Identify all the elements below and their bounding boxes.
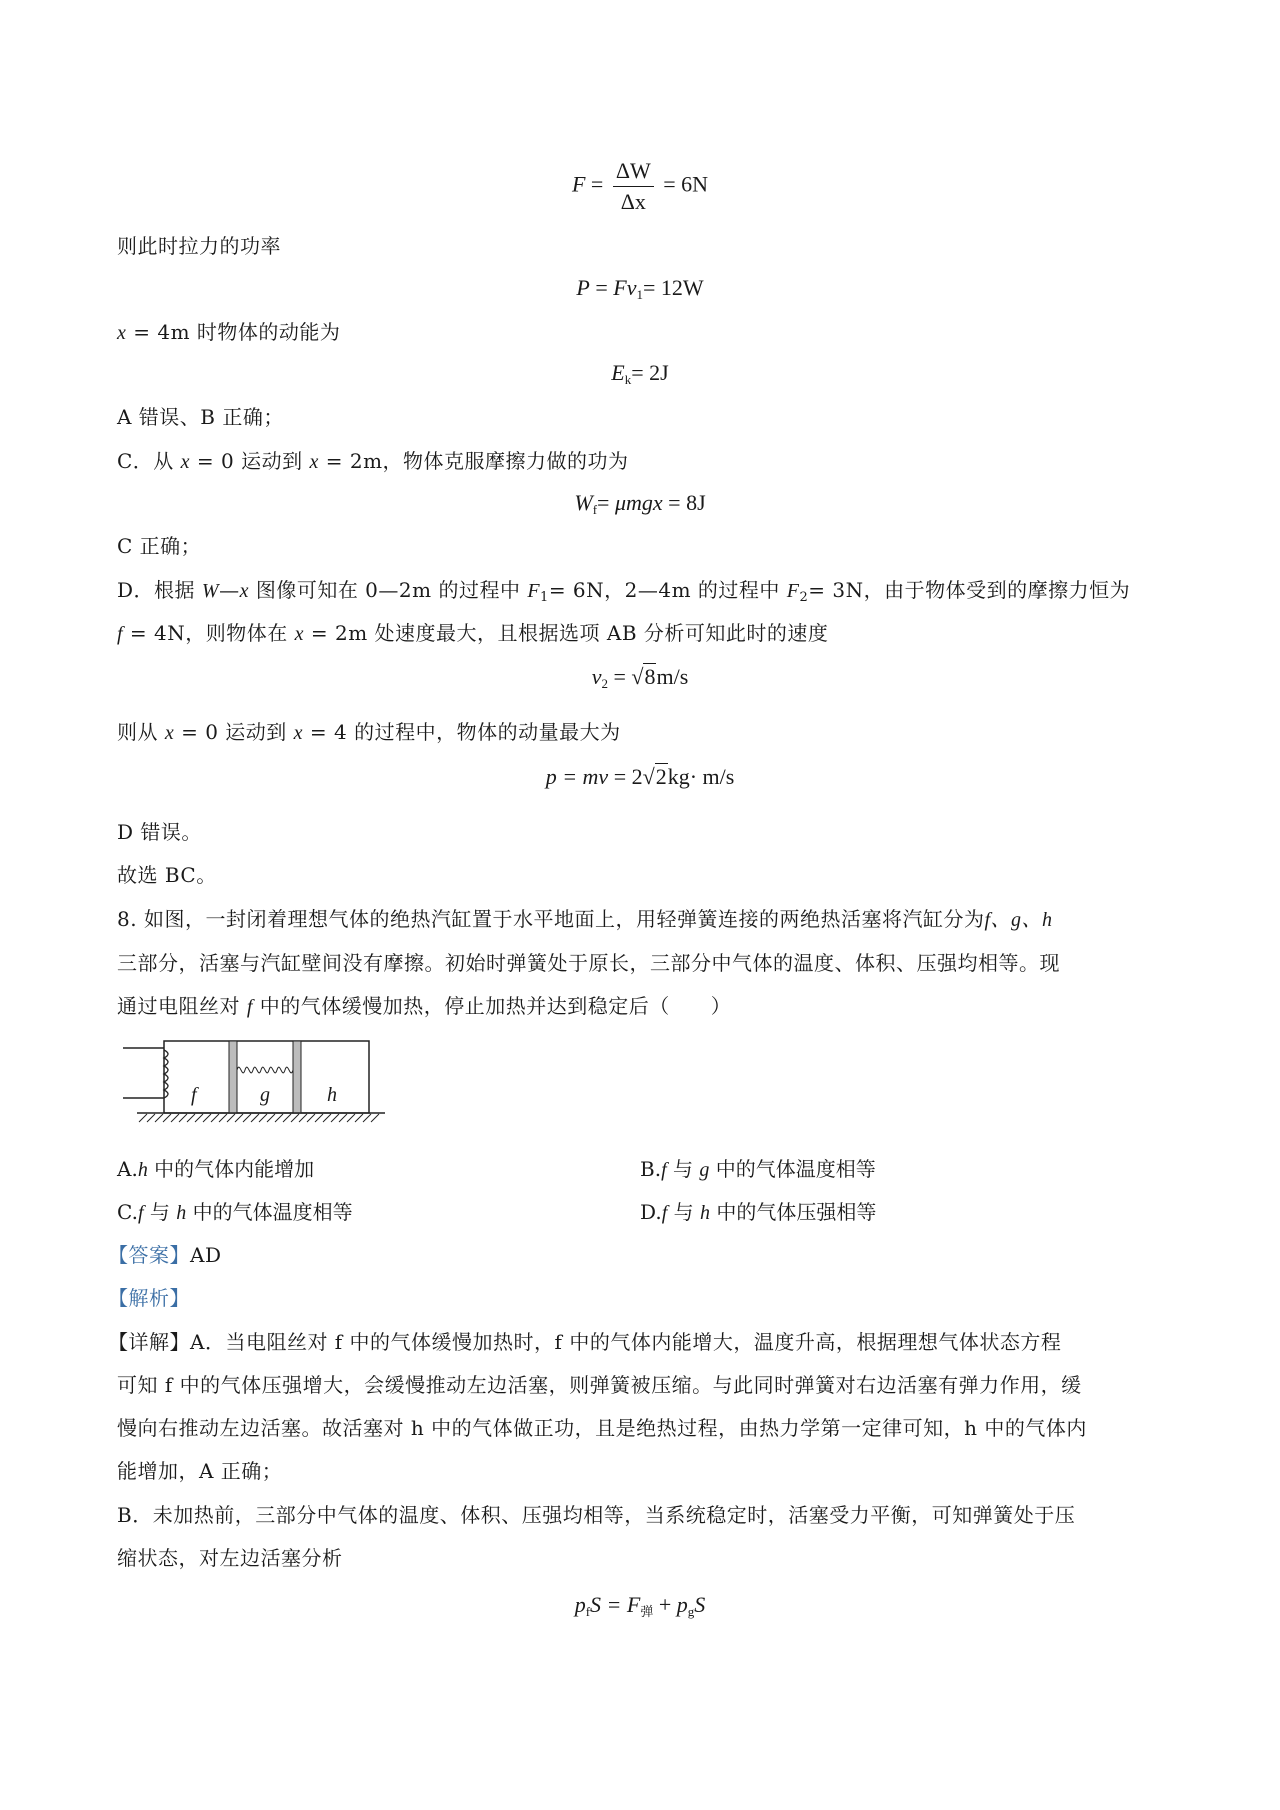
detail-line-6: 缩状态，对左边活塞分析 <box>117 1544 343 1572</box>
equation-force: F = ΔW Δx = 6N <box>0 158 1280 215</box>
analysis-tag: 【解析】 <box>108 1286 190 1310</box>
option-a: A.h 中的气体内能增加 <box>117 1155 314 1184</box>
question-8-line1: 8. 如图，一封闭着理想气体的绝热汽缸置于水平地面上，用轻弹簧连接的两绝热活塞将… <box>117 905 1053 934</box>
label-f: f <box>191 1084 197 1107</box>
question-8-line2: 三部分，活塞与汽缸壁间没有摩擦。初始时弹簧处于原长，三部分中气体的温度、体积、压… <box>117 949 1060 977</box>
detail-line-5: B．未加热前，三部分中气体的温度、体积、压强均相等，当系统稳定时，活塞受力平衡，… <box>117 1501 1075 1529</box>
question-8-line3: 通过电阻丝对 f 中的气体缓慢加热，停止加热并达到稳定后（ ） <box>117 992 731 1021</box>
option-b: B.f 与 g 中的气体温度相等 <box>640 1155 876 1184</box>
analysis-tag-line: 【解析】 <box>108 1284 190 1312</box>
answer-tag: 【答案】 <box>108 1243 190 1267</box>
equation-velocity: v2 = √8m/s <box>0 664 1280 692</box>
equation-power: P = Fv1= 12W <box>0 275 1280 303</box>
equation-kinetic-energy: Ek= 2J <box>0 360 1280 388</box>
label-g: g <box>260 1084 270 1107</box>
fraction: ΔW Δx <box>613 158 654 215</box>
cylinder-diagram-svg <box>117 1038 387 1158</box>
text-kinetic-intro: x = 4m 时物体的动能为 <box>117 318 340 347</box>
text-momentum-intro: 则从 x = 0 运动到 x = 4 的过程中，物体的动量最大为 <box>117 718 621 747</box>
option-d: D.f 与 h 中的气体压强相等 <box>640 1198 876 1227</box>
detail-tag: 【详解】 <box>108 1330 190 1354</box>
detail-line-1: 【详解】A．当电阻丝对 f 中的气体缓慢加热时，f 中的气体内能增大，温度升高，… <box>108 1328 1061 1356</box>
sqrt: √8 <box>631 664 656 690</box>
text-final-choice: 故选 BC。 <box>117 861 217 889</box>
label-h: h <box>327 1084 337 1107</box>
cylinder-diagram: f g h <box>117 1038 387 1158</box>
detail-line-2: 可知 f 中的气体压强增大，会缓慢推动左边活塞，则弹簧被压缩。与此同时弹簧对右边… <box>117 1371 1082 1399</box>
answer-line: 【答案】AD <box>108 1241 221 1269</box>
answer-value: AD <box>190 1243 221 1267</box>
detail-line-4: 能增加，A 正确； <box>117 1457 282 1485</box>
text-option-c-intro: C．从 x = 0 运动到 x = 2m，物体克服摩擦力做的功为 <box>117 447 629 476</box>
text-option-d-line2: f = 4N，则物体在 x = 2m 处速度最大，且根据选项 AB 分析可知此时… <box>117 619 828 648</box>
equation-friction-work: Wf= μmgx = 8J <box>0 490 1280 518</box>
equation-piston-balance: pfS = F弹 + pgS <box>0 1592 1280 1620</box>
equation-momentum: p = mv = 2√2kg· m/s <box>0 764 1280 790</box>
text-c-verdict: C 正确； <box>117 532 201 560</box>
text-power-intro: 则此时拉力的功率 <box>117 232 281 260</box>
text-d-verdict: D 错误。 <box>117 818 202 846</box>
text-ab-verdict: A 错误、B 正确； <box>117 403 284 431</box>
option-c: C.f 与 h 中的气体温度相等 <box>117 1198 353 1227</box>
text-option-d-line1: D．根据 W—x 图像可知在 0—2m 的过程中 F1= 6N，2—4m 的过程… <box>117 576 1130 612</box>
detail-line-3: 慢向右推动左边活塞。故活塞对 h 中的气体做正功，且是绝热过程，由热力学第一定律… <box>117 1414 1087 1442</box>
sqrt: √2 <box>643 764 668 790</box>
